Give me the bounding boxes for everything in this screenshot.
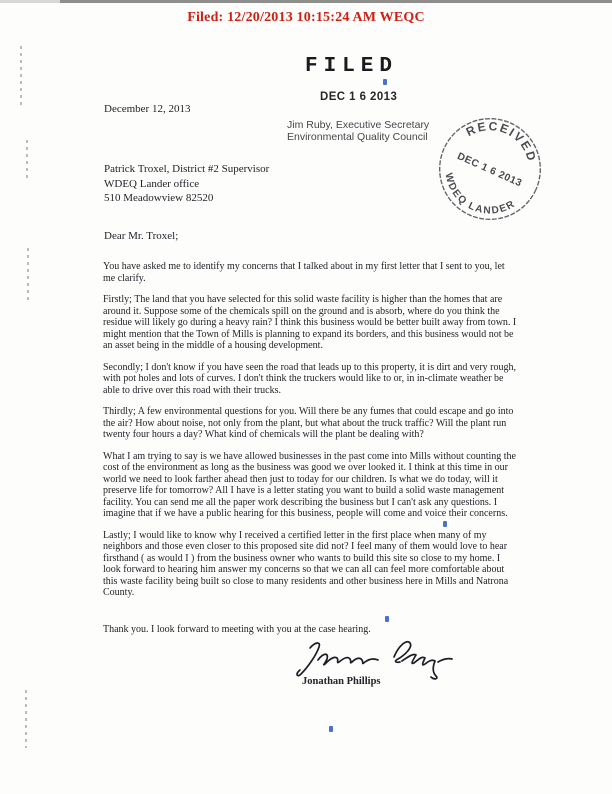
scan-fold-mark: [20, 46, 22, 106]
received-stamp-date: DEC 1 6 2013: [455, 151, 523, 189]
recipient-street-line: 510 Meadowview 82520: [104, 191, 269, 206]
recipient-address-block: Patrick Troxel, District #2 Supervisor W…: [104, 162, 269, 206]
scan-fold-mark: [25, 690, 27, 748]
ink-speck: [383, 79, 387, 85]
paragraph-thirdly: Thirdly; A few environmental questions f…: [103, 406, 518, 441]
scan-fold-mark: [26, 140, 28, 180]
secretary-name-line: Jim Ruby, Executive Secretary: [287, 120, 429, 132]
scanned-letter-page: Filed: 12/20/2013 10:15:24 AM WEQC FILED…: [0, 0, 612, 794]
paragraph-summary: What I am trying to say is we have allow…: [103, 451, 518, 520]
received-stamp: RECEIVED DEC 1 6 2013 WDEQ LANDER: [430, 109, 550, 229]
paragraph-firstly: Firstly; The land that you have selected…: [103, 294, 518, 352]
paragraph-intro: You have asked me to identify my concern…: [103, 261, 518, 284]
recipient-office-line: WDEQ Lander office: [104, 177, 269, 192]
recipient-name-line: Patrick Troxel, District #2 Supervisor: [104, 162, 269, 177]
signer-typed-name: Jonathan Phillips: [302, 676, 381, 687]
secretary-org-line: Environmental Quality Council: [287, 132, 429, 144]
secretary-block: Jim Ruby, Executive Secretary Environmen…: [287, 120, 429, 143]
scan-fold-mark: [27, 248, 29, 300]
filed-stamp-date: DEC 1 6 2013: [320, 89, 397, 103]
ink-speck: [329, 726, 333, 732]
salutation: Dear Mr. Troxel;: [104, 230, 178, 242]
paragraph-secondly: Secondly; I don't know if you have seen …: [103, 362, 518, 397]
filed-stamp-title: FILED: [305, 55, 398, 78]
efiling-header: Filed: 12/20/2013 10:15:24 AM WEQC: [0, 10, 612, 26]
paragraph-lastly: Lastly; I would like to know why I recei…: [103, 530, 518, 599]
closing-line: Thank you. I look forward to meeting wit…: [103, 624, 518, 636]
letter-body: You have asked me to identify my concern…: [103, 261, 518, 645]
signature-image: [294, 636, 454, 680]
letter-date: December 12, 2013: [104, 103, 190, 115]
scan-edge-artifact: [0, 0, 612, 3]
